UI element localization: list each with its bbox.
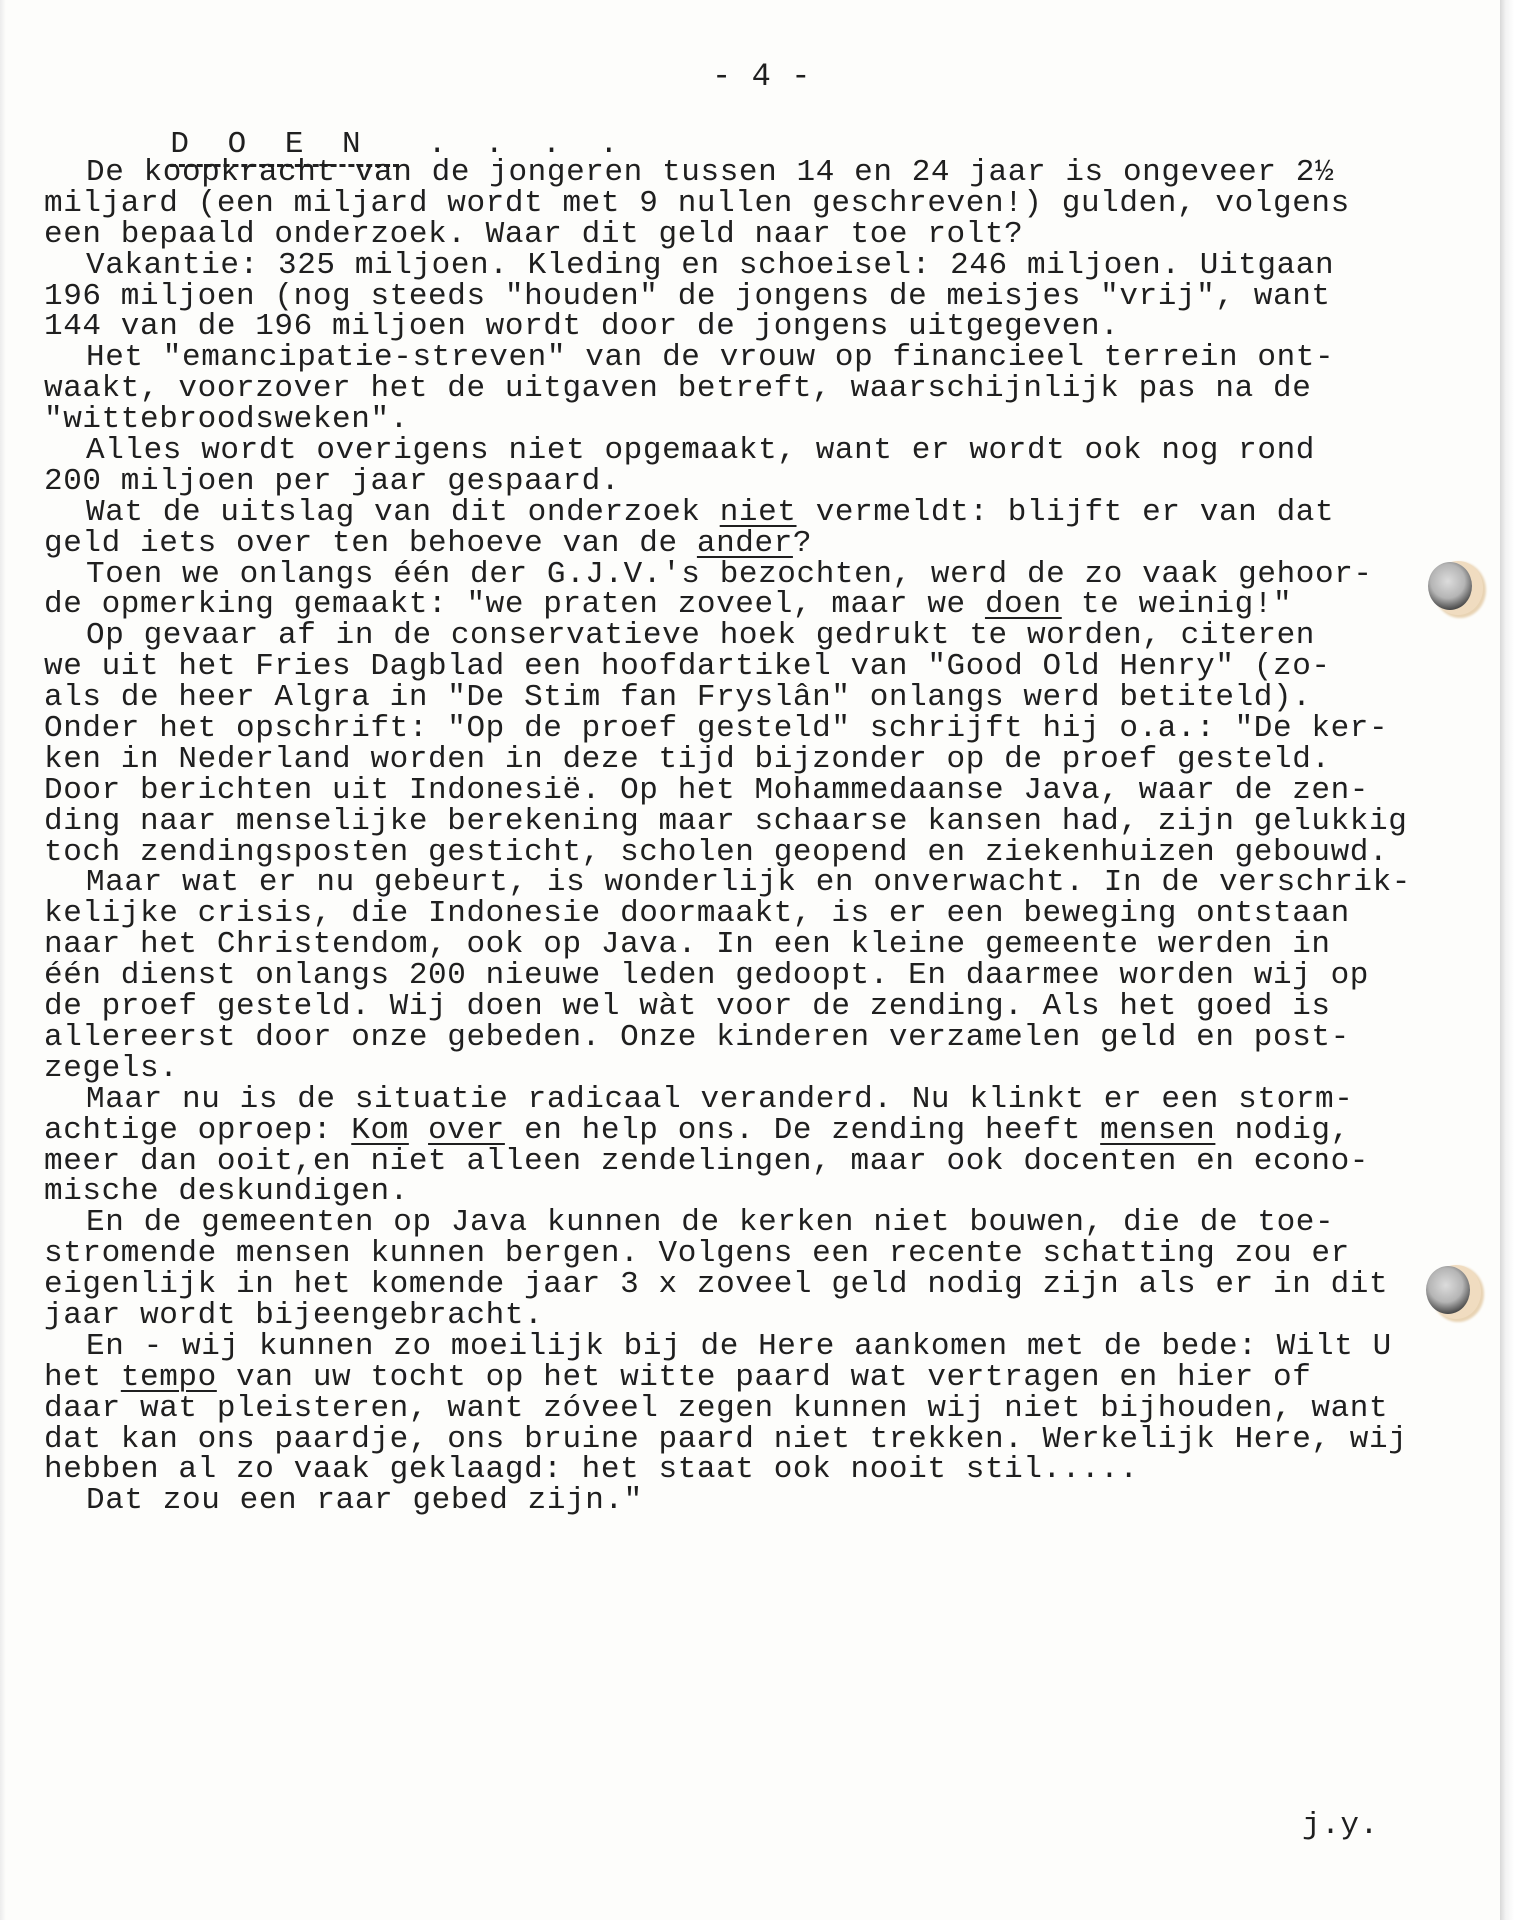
text-line: een bepaald onderzoek. Waar dit geld naa… (44, 220, 1411, 251)
text-segment: Onder het opschrift: "Op de proef gestel… (44, 711, 1388, 746)
author-signature: j.y. (1302, 1808, 1379, 1843)
text-line: ding naar menselijke berekening maar sch… (44, 807, 1411, 838)
text-segment: waakt, voorzover het de uitgaven betreft… (44, 371, 1311, 406)
text-segment (409, 1113, 428, 1148)
text-segment: Door berichten uit Indonesië. Op het Moh… (44, 773, 1369, 808)
text-segment: Vakantie: 325 miljoen. Kleding en schoei… (86, 248, 1334, 283)
text-segment: 200 miljoen per jaar gespaard. (44, 464, 620, 499)
text-segment: nodig, (1215, 1113, 1349, 1148)
underlined-word: over (428, 1113, 505, 1148)
text-segment: ? (793, 526, 812, 561)
text-line: Op gevaar af in de conservatieve hoek ge… (44, 621, 1411, 652)
text-segment: mische deskundigen. (44, 1174, 409, 1209)
text-line: "wittebroodsweken". (44, 405, 1411, 436)
page-left-edge (0, 0, 6, 1920)
text-line: eigenlijk in het komende jaar 3 x zoveel… (44, 1270, 1411, 1301)
text-line: En de gemeenten op Java kunnen de kerken… (44, 1208, 1411, 1239)
text-line: we uit het Fries Dagblad een hoofdartike… (44, 652, 1411, 683)
text-line: Dat zou een raar gebed zijn." (44, 1486, 1411, 1517)
text-line: hebben al zo vaak geklaagd: het staat oo… (44, 1455, 1411, 1486)
text-segment: kelijke crisis, die Indonesie doormaakt,… (44, 896, 1350, 931)
text-line: Het "emancipatie-streven" van de vrouw o… (44, 343, 1411, 374)
text-line: zegels. (44, 1054, 1411, 1085)
text-line: Alles wordt overigens niet opgemaakt, wa… (44, 436, 1411, 467)
text-segment: zegels. (44, 1051, 178, 1086)
text-segment: één dienst onlangs 200 nieuwe leden gedo… (44, 958, 1369, 993)
text-line: toch zendingsposten gesticht, scholen ge… (44, 838, 1411, 869)
text-segment: stromende mensen kunnen bergen. Volgens … (44, 1236, 1350, 1271)
text-segment: eigenlijk in het komende jaar 3 x zoveel… (44, 1267, 1388, 1302)
text-line: 200 miljoen per jaar gespaard. (44, 467, 1411, 498)
article-body: De koopkracht van de jongeren tussen 14 … (44, 158, 1411, 1517)
text-line: 196 miljoen (nog steeds "houden" de jong… (44, 282, 1411, 313)
text-line: daar wat pleisteren, want zóveel zegen k… (44, 1394, 1411, 1425)
underlined-word: doen (985, 587, 1062, 622)
text-segment: 196 miljoen (nog steeds "houden" de jong… (44, 279, 1331, 314)
underlined-word: mensen (1100, 1113, 1215, 1148)
text-line: één dienst onlangs 200 nieuwe leden gedo… (44, 961, 1411, 992)
text-line: de proef gesteld. Wij doen wel wàt voor … (44, 992, 1411, 1023)
text-segment: we uit het Fries Dagblad een hoofdartike… (44, 649, 1331, 684)
text-line: miljard (een miljard wordt met 9 nullen … (44, 189, 1411, 220)
text-segment: Maar nu is de situatie radicaal verander… (86, 1082, 1353, 1117)
text-line: Wat de uitslag van dit onderzoek niet ve… (44, 498, 1411, 529)
text-segment: En - wij kunnen zo moeilijk bij de Here … (86, 1329, 1392, 1364)
text-line: waakt, voorzover het de uitgaven betreft… (44, 374, 1411, 405)
text-line: jaar wordt bijeengebracht. (44, 1301, 1411, 1332)
text-segment: achtige oproep: (44, 1113, 351, 1148)
text-segment: ding naar menselijke berekening maar sch… (44, 804, 1407, 839)
text-line: naar het Christendom, ook op Java. In ee… (44, 930, 1411, 961)
text-segment: jaar wordt bijeengebracht. (44, 1298, 543, 1333)
text-segment: Maar wat er nu gebeurt, is wonderlijk en… (86, 865, 1411, 900)
text-segment: te weinig!" (1062, 587, 1292, 622)
text-line: Maar nu is de situatie radicaal verander… (44, 1085, 1411, 1116)
underlined-word: ander (697, 526, 793, 561)
text-line: ken in Nederland worden in deze tijd bij… (44, 745, 1411, 776)
text-line: allereerst door onze gebeden. Onze kinde… (44, 1023, 1411, 1054)
text-line: mische deskundigen. (44, 1177, 1411, 1208)
text-segment: Alles wordt overigens niet opgemaakt, wa… (86, 433, 1315, 468)
text-line: Door berichten uit Indonesië. Op het Moh… (44, 776, 1411, 807)
text-segment: naar het Christendom, ook op Java. In ee… (44, 927, 1331, 962)
underlined-word: Kom (351, 1113, 409, 1148)
text-segment: Dat zou een raar gebed zijn." (86, 1483, 643, 1518)
text-line: achtige oproep: Kom over en help ons. De… (44, 1116, 1411, 1147)
text-segment: ken in Nederland worden in deze tijd bij… (44, 742, 1331, 777)
text-line: Maar wat er nu gebeurt, is wonderlijk en… (44, 868, 1411, 899)
text-segment: vermeldt: blijft er van dat (797, 495, 1335, 530)
text-line: als de heer Algra in "De Stim fan Fryslâ… (44, 683, 1411, 714)
punch-hole-icon (1428, 562, 1472, 610)
page-right-edge (1500, 0, 1514, 1920)
underlined-word: niet (720, 495, 797, 530)
text-segment: de proef gesteld. Wij doen wel wàt voor … (44, 989, 1331, 1024)
text-segment: dat kan ons paardje, ons bruine paard ni… (44, 1422, 1407, 1457)
text-segment: daar wat pleisteren, want zóveel zegen k… (44, 1391, 1388, 1426)
typewritten-page: - 4 - D O E N . . . . De koopkracht van … (0, 0, 1500, 1920)
text-line: Toen we onlangs één der G.J.V.'s bezocht… (44, 560, 1411, 591)
text-segment: Wat de uitslag van dit onderzoek (86, 495, 720, 530)
text-segment: De koopkracht van de jongeren tussen 14 … (86, 155, 1334, 190)
text-line: geld iets over ten behoeve van de ander? (44, 529, 1411, 560)
text-segment: allereerst door onze gebeden. Onze kinde… (44, 1020, 1350, 1055)
text-line: En - wij kunnen zo moeilijk bij de Here … (44, 1332, 1411, 1363)
text-segment: een bepaald onderzoek. Waar dit geld naa… (44, 217, 1023, 252)
text-segment: het (44, 1360, 121, 1395)
punch-hole-icon (1426, 1266, 1470, 1314)
text-segment: de opmerking gemaakt: "we praten zoveel,… (44, 587, 985, 622)
text-line: stromende mensen kunnen bergen. Volgens … (44, 1239, 1411, 1270)
text-segment: en help ons. De zending heeft (505, 1113, 1100, 1148)
text-line: 144 van de 196 miljoen wordt door de jon… (44, 312, 1411, 343)
text-segment: meer dan ooit,en niet alleen zendelingen… (44, 1144, 1369, 1179)
text-segment: miljard (een miljard wordt met 9 nullen … (44, 186, 1350, 221)
text-segment: hebben al zo vaak geklaagd: het staat oo… (44, 1452, 1139, 1487)
text-line: Vakantie: 325 miljoen. Kleding en schoei… (44, 251, 1411, 282)
text-segment: Op gevaar af in de conservatieve hoek ge… (86, 618, 1315, 653)
text-segment: 144 van de 196 miljoen wordt door de jon… (44, 309, 1119, 344)
text-segment: En de gemeenten op Java kunnen de kerken… (86, 1205, 1334, 1240)
text-line: kelijke crisis, die Indonesie doormaakt,… (44, 899, 1411, 930)
text-segment: van uw tocht op het witte paard wat vert… (217, 1360, 1312, 1395)
text-segment: geld iets over ten behoeve van de (44, 526, 697, 561)
underlined-word: tempo (121, 1360, 217, 1395)
text-line: meer dan ooit,en niet alleen zendelingen… (44, 1147, 1411, 1178)
text-line: De koopkracht van de jongeren tussen 14 … (44, 158, 1411, 189)
text-segment: "wittebroodsweken". (44, 402, 409, 437)
text-segment: Toen we onlangs één der G.J.V.'s bezocht… (86, 557, 1373, 592)
text-line: dat kan ons paardje, ons bruine paard ni… (44, 1425, 1411, 1456)
text-line: Onder het opschrift: "Op de proef gestel… (44, 714, 1411, 745)
text-segment: Het "emancipatie-streven" van de vrouw o… (86, 340, 1334, 375)
text-line: de opmerking gemaakt: "we praten zoveel,… (44, 590, 1411, 621)
text-segment: toch zendingsposten gesticht, scholen ge… (44, 835, 1388, 870)
text-segment: als de heer Algra in "De Stim fan Fryslâ… (44, 680, 1311, 715)
text-line: het tempo van uw tocht op het witte paar… (44, 1363, 1411, 1394)
page-number: - 4 - (712, 58, 811, 95)
